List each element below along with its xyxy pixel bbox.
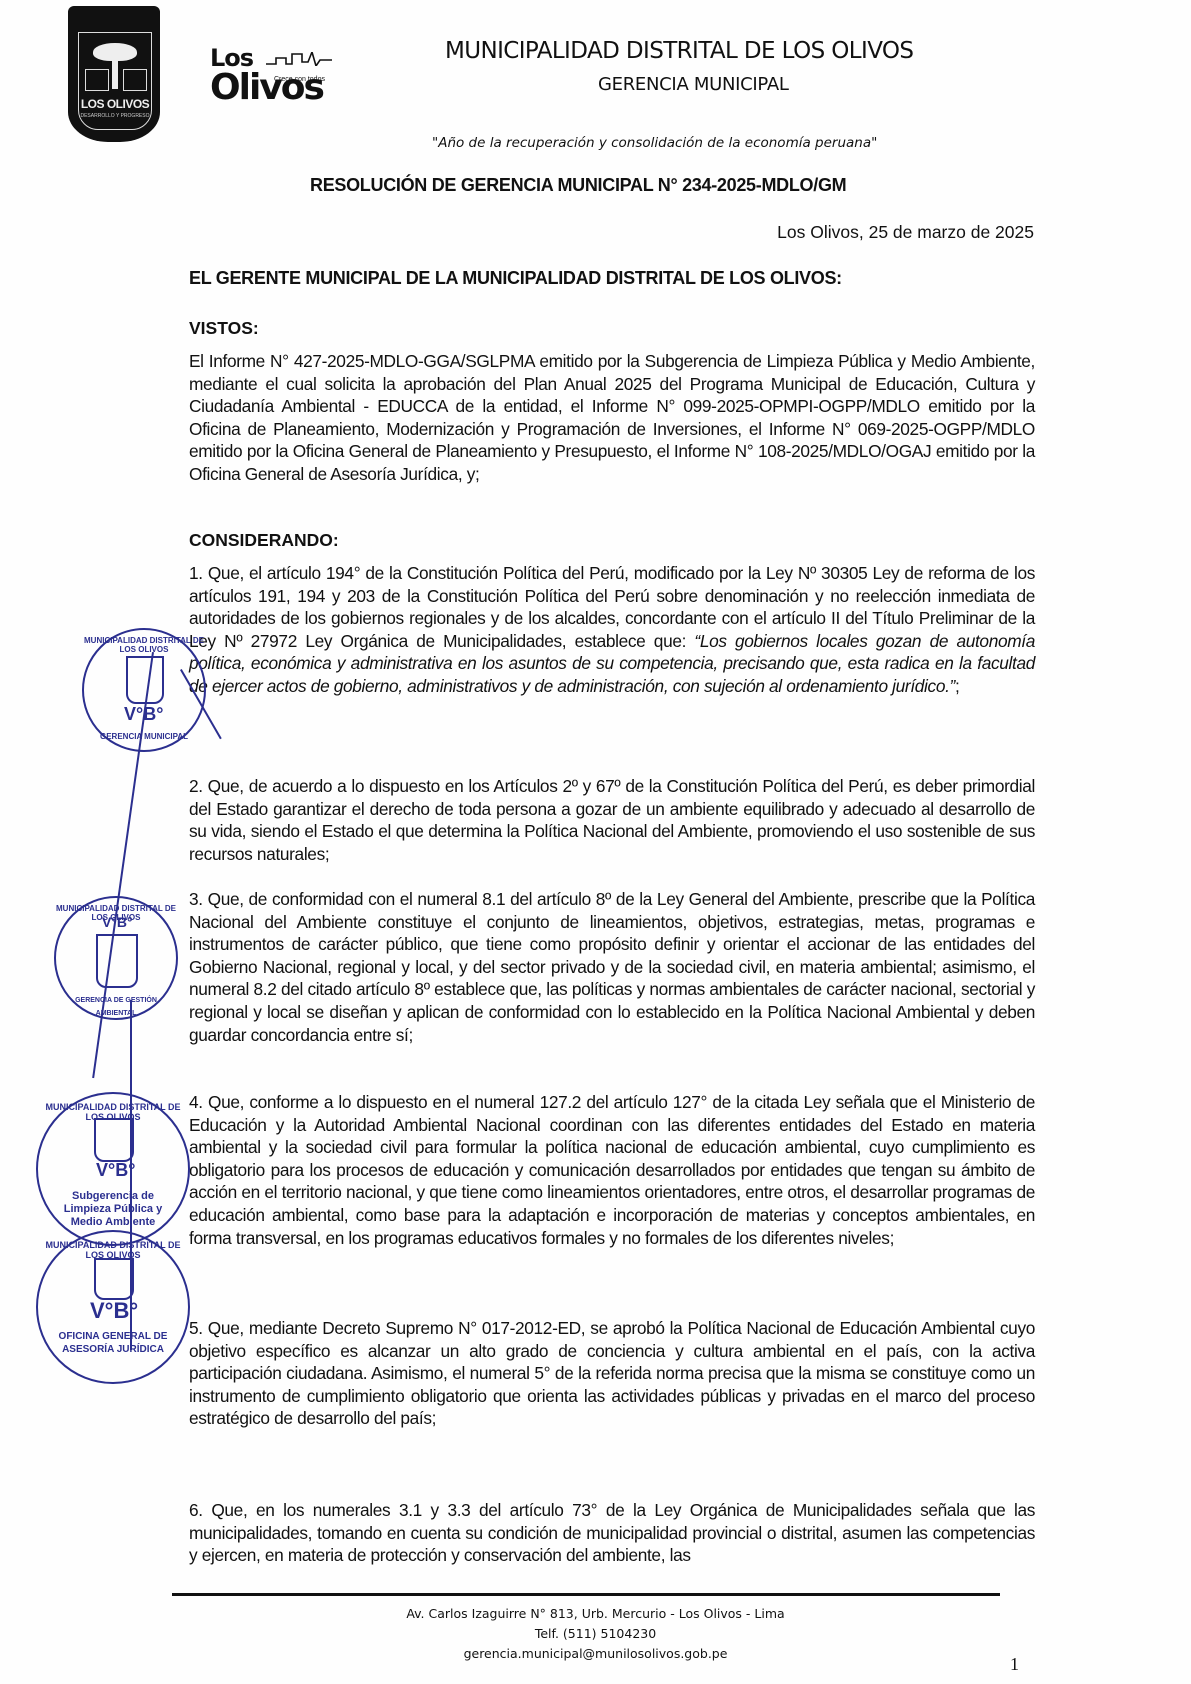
- crest-label: LOS OLIVOS: [79, 97, 151, 111]
- approval-stamp-asesoria-juridica: MUNICIPALIDAD DISTRITAL DE LOS OLIVOS V°…: [36, 1230, 190, 1384]
- stamp-label: OFICINA GENERAL DE ASESORÍA JURÍDICA: [52, 1330, 174, 1356]
- stamp-label: Subgerencia de Limpieza Pública y Medio …: [56, 1190, 170, 1229]
- header-subtitle: GERENCIA MUNICIPAL: [598, 74, 789, 95]
- brand-olivos: Olivos: [210, 70, 323, 106]
- resolution-title: RESOLUCIÓN DE GERENCIA MUNICIPAL N° 234-…: [310, 175, 846, 196]
- header-title: MUNICIPALIDAD DISTRITAL DE LOS OLIVOS: [445, 38, 913, 64]
- footer-phone: Telf. (511) 5104230: [0, 1626, 1191, 1641]
- municipal-crest-logo: LOS OLIVOS DESARROLLO Y PROGRESO: [68, 6, 160, 142]
- approval-stamp-limpieza-publica: MUNICIPALIDAD DISTRITAL DE LOS OLIVOS V°…: [36, 1092, 190, 1246]
- crest-house-icon: [123, 69, 147, 91]
- signature-stroke: [130, 1000, 132, 1350]
- considerando-heading: CONSIDERANDO:: [189, 530, 339, 551]
- crest-house-icon: [85, 69, 109, 91]
- stamp-emblem-icon: [94, 1258, 134, 1300]
- crest-trunk: [112, 59, 118, 89]
- considerando-item-6: 6. Que, en los numerales 3.1 y 3.3 del a…: [189, 1499, 1035, 1567]
- item-1-tail: ;: [955, 676, 959, 696]
- stamp-emblem-icon: [94, 1118, 134, 1162]
- considerando-item-5: 5. Que, mediante Decreto Supremo N° 017-…: [189, 1317, 1035, 1430]
- document-page: LOS OLIVOS DESARROLLO Y PROGRESO Los Cre…: [0, 0, 1191, 1684]
- place-date: Los Olivos, 25 de marzo de 2025: [777, 222, 1034, 243]
- considerando-item-3: 3. Que, de conformidad con el numeral 8.…: [189, 888, 1035, 1046]
- brand-logo: Los Crece con todos Olivos: [210, 44, 350, 124]
- considerando-item-2: 2. Que, de acuerdo a lo dispuesto en los…: [189, 775, 1035, 865]
- stamp-ring-text: MUNICIPALIDAD DISTRITAL DE LOS OLIVOS: [84, 636, 204, 654]
- footer-address: Av. Carlos Izaguirre N° 813, Urb. Mercur…: [0, 1606, 1191, 1621]
- skyline-pulse-icon: [266, 52, 332, 66]
- stamp-label: GERENCIA MUNICIPAL: [84, 730, 204, 743]
- stamp-label: GERENCIA DE GESTIÓN AMBIENTAL: [56, 994, 176, 1020]
- crest-frame: LOS OLIVOS DESARROLLO Y PROGRESO: [78, 32, 152, 130]
- crest-sublabel: DESARROLLO Y PROGRESO: [79, 113, 151, 119]
- footer-divider: [172, 1593, 1000, 1596]
- issuer-heading: EL GERENTE MUNICIPAL DE LA MUNICIPALIDAD…: [189, 268, 842, 289]
- stamp-ring-text: MUNICIPALIDAD DISTRITAL DE LOS OLIVOS: [38, 1240, 188, 1260]
- considerando-item-1: 1. Que, el artículo 194° de la Constituc…: [189, 562, 1035, 698]
- vistos-heading: VISTOS:: [189, 318, 259, 339]
- page-number: 1: [1010, 1654, 1019, 1675]
- approval-stamp-gerencia-municipal: MUNICIPALIDAD DISTRITAL DE LOS OLIVOS V°…: [82, 628, 206, 752]
- considerando-item-4: 4. Que, conforme a lo dispuesto en el nu…: [189, 1091, 1035, 1249]
- year-motto: "Año de la recuperación y consolidación …: [432, 135, 877, 151]
- stamp-emblem-icon: [96, 934, 138, 988]
- vistos-paragraph: El Informe N° 427-2025-MDLO-GGA/SGLPMA e…: [189, 350, 1035, 486]
- stamp-vb: V°B°: [102, 914, 133, 930]
